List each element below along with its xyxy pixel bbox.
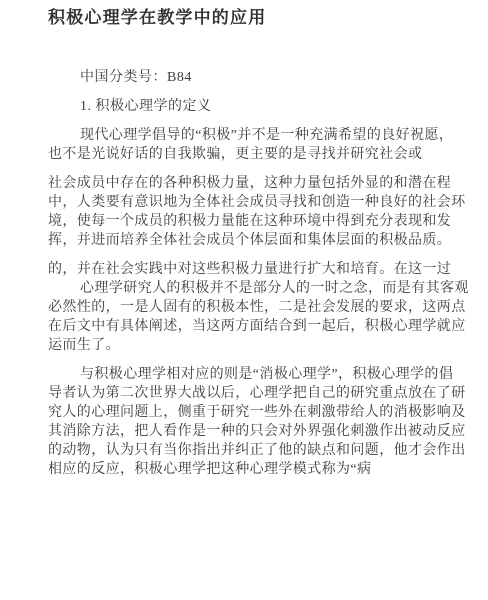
paragraph-3: 的，并在社会实践中对这些积极力量进行扩大和培育。在这一过心理学研究人的积极并不是… — [48, 260, 448, 355]
text-line: 的，并在社会实践中对这些积极力量进行扩大和培育。在这一过 — [48, 260, 448, 279]
document-title: 积极心理学在教学中的应用 — [0, 0, 488, 29]
paragraph-1: 现代心理学倡导的“积极”并不是一种充满希望的良好祝愿，也不是光说好话的自我欺骗，… — [48, 126, 448, 164]
section-heading: 1. 积极心理学的定义 — [80, 97, 488, 116]
text-line: 究人的心理问题上，侧重于研究一些外在刺激带给人的消极影响及 — [48, 403, 448, 422]
text-line: 的动物，认为只有当你指出并纠正了他的缺点和问题，他才会作出 — [48, 441, 448, 460]
text-line: 必然性的，一是人固有的积极本性，二是社会发展的要求，这两点 — [48, 298, 448, 317]
text-line: 导者认为第二次世界大战以后，心理学把自己的研究重点放在了研 — [48, 384, 448, 403]
text-line: 境，使每一个成员的积极力量能在这种环境中得到充分表现和发 — [48, 212, 448, 231]
text-line: 中，人类要有意识地为全体社会成员寻找和创造一种良好的社会环 — [48, 193, 448, 212]
text-line: 心理学研究人的积极并不是部分人的一时之念，而是有其客观 — [48, 279, 448, 298]
text-line: 在后文中有具体阐述，当这两方面结合到一起后，积极心理学就应 — [48, 317, 448, 336]
text-line: 相应的反应，积极心理学把这种心理学模式称为“病 — [48, 460, 448, 479]
text-line: 运而生了。 — [48, 336, 448, 355]
text-line: 也不是光说好话的自我欺骗，更主要的是寻找并研究社会或 — [48, 145, 448, 164]
text-line: 现代心理学倡导的“积极”并不是一种充满希望的良好祝愿， — [48, 126, 448, 145]
text-line: 与积极心理学相对应的则是“消极心理学”，积极心理学的倡 — [48, 365, 448, 384]
text-line: 其消除方法，把人看作是一种的只会对外界强化刺激作出被动反应 — [48, 422, 448, 441]
document-body: 现代心理学倡导的“积极”并不是一种充满希望的良好祝愿，也不是光说好话的自我欺骗，… — [0, 126, 488, 479]
paragraph-4: 与积极心理学相对应的则是“消极心理学”，积极心理学的倡导者认为第二次世界大战以后… — [48, 365, 448, 479]
paragraph-2: 社会成员中存在的各种积极力量，这种力量包括外显的和潜在程中，人类要有意识地为全体… — [48, 174, 448, 250]
classification-number-line: 中国分类号：B84 — [80, 68, 488, 87]
text-line: 社会成员中存在的各种积极力量，这种力量包括外显的和潜在程 — [48, 174, 448, 193]
text-line: 挥，并进而培养全体社会成员个体层面和集体层面的积极品质。 — [48, 231, 448, 250]
document-page: 积极心理学在教学中的应用 中国分类号：B84 1. 积极心理学的定义 现代心理学… — [0, 0, 488, 600]
